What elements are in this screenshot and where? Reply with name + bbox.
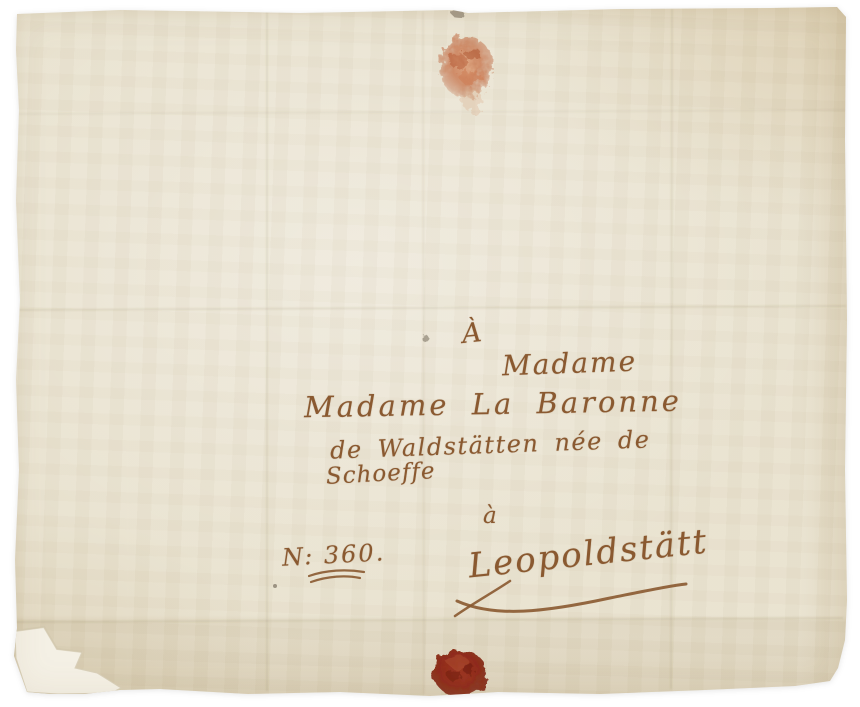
address-destination-prefix: à bbox=[483, 505, 497, 528]
fold-line-horizontal-middle bbox=[17, 306, 846, 310]
paper-decorations bbox=[0, 0, 860, 707]
torn-paper-flap bbox=[15, 627, 121, 694]
fold-creases bbox=[15, 9, 846, 694]
address-recipient-line2: Madame La Baronne bbox=[304, 387, 682, 423]
letter-cover: À Madame Madame La Baronne de Waldstätte… bbox=[0, 0, 860, 707]
wax-seal-bottom bbox=[433, 650, 487, 696]
photo-background: À Madame Madame La Baronne de Waldstätte… bbox=[0, 0, 860, 707]
wax-seal-top bbox=[439, 36, 493, 112]
top-edge-smudge bbox=[451, 9, 469, 17]
fold-line-horizontal-upper bbox=[17, 110, 846, 114]
catalog-number: N: 360. bbox=[281, 540, 385, 569]
number-underline bbox=[309, 570, 364, 582]
pen-dot bbox=[273, 584, 277, 588]
fold-line-vertical-center bbox=[423, 12, 424, 694]
speck-near-salutation bbox=[421, 335, 429, 341]
destination-flourish bbox=[455, 581, 686, 616]
fold-line-horizontal-lower bbox=[15, 618, 843, 622]
address-recipient-line1: Madame bbox=[502, 348, 638, 381]
letter-paper: À Madame Madame La Baronne de Waldstätte… bbox=[0, 0, 860, 707]
ink-smudges bbox=[273, 9, 469, 588]
address-salutation: À bbox=[461, 319, 483, 348]
address-recipient-line4: Schoeffe bbox=[325, 460, 436, 489]
